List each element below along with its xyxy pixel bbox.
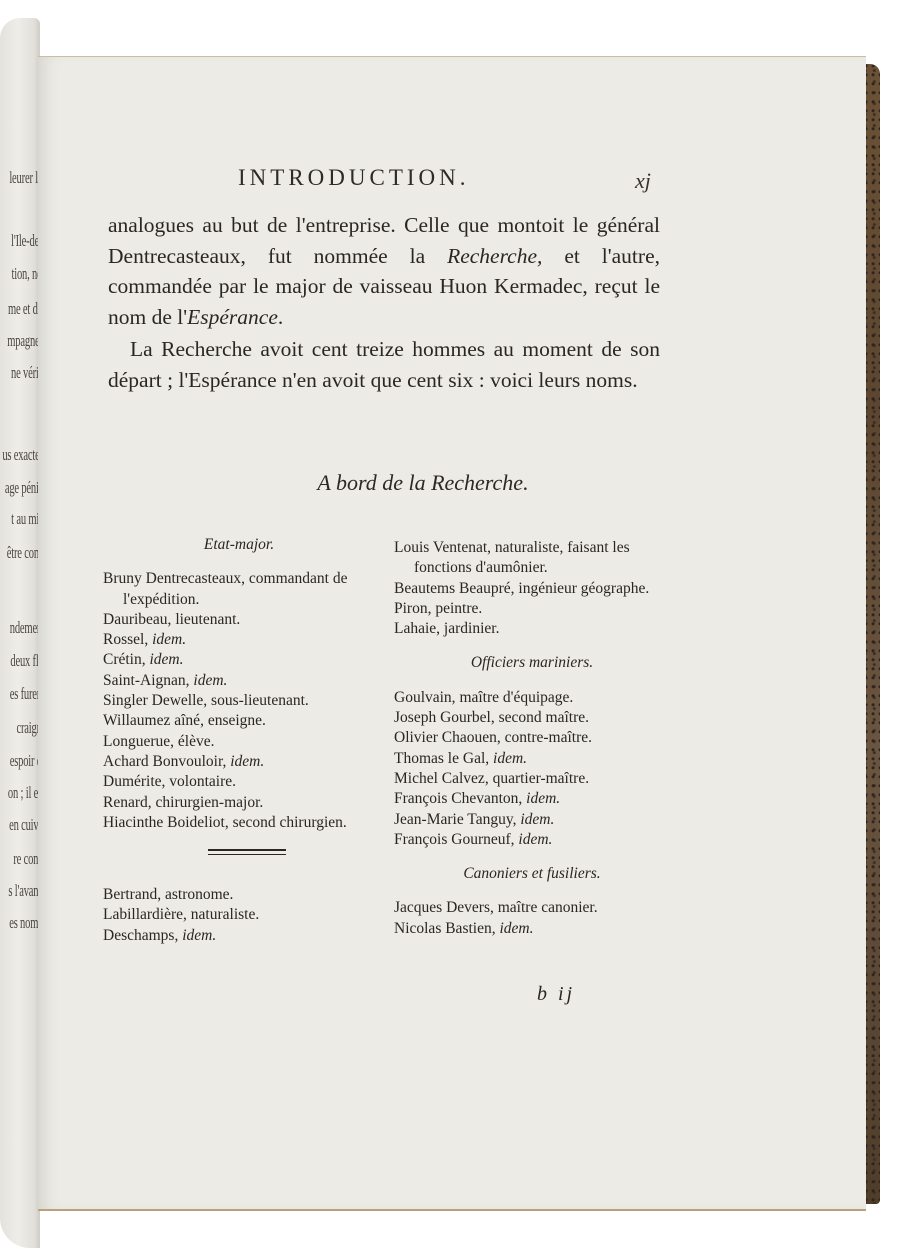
right-column: Louis Ventenat, naturaliste, faisant les… — [394, 538, 670, 939]
list-item: Goulvain, maître d'équipage. — [394, 688, 670, 708]
previous-page-text-fragment: us exacte. — [2, 445, 40, 465]
list-item: Piron, peintre. — [394, 599, 670, 619]
double-rule-divider — [208, 849, 286, 855]
list-item: François Chevanton, idem. — [394, 789, 670, 809]
list-item: Dumérite, volontaire. — [103, 772, 375, 792]
previous-page-text-fragment: me et de — [8, 299, 40, 319]
list-item: Longuerue, élève. — [103, 732, 375, 752]
previous-page-text-fragment: être con- — [7, 543, 40, 563]
previous-page-text-fragment: en cuivr — [9, 815, 40, 835]
list-item: Willaumez aîné, enseigne. — [103, 711, 375, 731]
officiers-list: Goulvain, maître d'équipage.Joseph Gourb… — [394, 688, 670, 850]
list-item: François Gourneuf, idem. — [394, 830, 670, 850]
heading-officiers-mariniers: Officiers mariniers. — [394, 653, 670, 673]
etat-major-list: Bruny Dentrecasteaux, commandant de l'ex… — [103, 569, 375, 833]
previous-page-text-fragment: craign — [17, 718, 40, 738]
list-item: Joseph Gourbel, second maître. — [394, 708, 670, 728]
signature-mark: b ij — [537, 983, 575, 1006]
previous-page-text-fragment: es furen — [10, 684, 40, 704]
previous-page-text-fragment: deux fl- — [10, 651, 40, 671]
previous-page-edge: leurer lal'Ile-de-tion, neme et dempagne… — [0, 18, 40, 1248]
list-item: Bertrand, astronome. — [103, 885, 375, 905]
previous-page-text-fragment: ndemen — [10, 618, 40, 638]
list-item: Dauribeau, lieutenant. — [103, 610, 375, 630]
running-head: INTRODUCTION. — [238, 165, 470, 191]
section-title: A bord de la Recherche. — [0, 470, 921, 496]
list-item: Renard, chirurgien-major. — [103, 793, 375, 813]
previous-page-text-fragment: s l'avan- — [9, 881, 40, 901]
previous-page-text-fragment: es noms — [9, 913, 40, 933]
list-item: Michel Calvez, quartier-maître. — [394, 769, 670, 789]
list-item: Olivier Chaouen, contre-maître. — [394, 728, 670, 748]
page-number: xj — [635, 168, 651, 194]
list-item: Jacques Devers, maître canonier. — [394, 898, 670, 918]
list-item: Louis Ventenat, naturaliste, faisant les… — [394, 538, 670, 579]
list-item: Crétin, idem. — [103, 650, 375, 670]
previous-page-text-fragment: on ; il es — [8, 783, 40, 803]
list-item: Jean-Marie Tanguy, idem. — [394, 810, 670, 830]
paragraph: La Recherche avoit cent treize hommes au… — [108, 334, 660, 395]
list-item: Achard Bonvouloir, idem. — [103, 752, 375, 772]
previous-page-text-fragment: ne véri- — [11, 363, 40, 383]
previous-page-text-fragment: tion, ne — [12, 264, 40, 284]
staff-list: Louis Ventenat, naturaliste, faisant les… — [394, 538, 670, 639]
previous-page-text-fragment: l'Ile-de- — [11, 231, 40, 251]
list-item: Hiacinthe Boideliot, second chirurgien. — [103, 813, 375, 833]
previous-page-text-fragment: re con- — [14, 849, 40, 869]
list-item: Deschamps, idem. — [103, 926, 375, 946]
previous-page-text-fragment: espoir d — [10, 751, 40, 771]
list-item: Lahaie, jardinier. — [394, 619, 670, 639]
list-item: Rossel, idem. — [103, 630, 375, 650]
heading-canoniers: Canoniers et fusiliers. — [394, 864, 670, 884]
scientists-list: Bertrand, astronome.Labillardière, natur… — [103, 885, 375, 946]
list-item: Bruny Dentrecasteaux, commandant de l'ex… — [103, 569, 375, 610]
body-text: analogues au but de l'entreprise. Celle … — [108, 210, 660, 395]
left-column: Etat-major. Bruny Dentrecasteaux, comman… — [103, 535, 375, 946]
previous-page-text-fragment: t au mi- — [11, 509, 40, 529]
list-item: Labillardière, naturaliste. — [103, 905, 375, 925]
previous-page-text-fragment: mpagne. — [7, 331, 40, 351]
canoniers-list: Jacques Devers, maître canonier.Nicolas … — [394, 898, 670, 939]
list-item: Singler Dewelle, sous-lieutenant. — [103, 691, 375, 711]
paragraph: analogues au but de l'entreprise. Celle … — [108, 210, 660, 332]
list-item: Thomas le Gal, idem. — [394, 749, 670, 769]
heading-etat-major: Etat-major. — [103, 535, 375, 555]
list-item: Saint-Aignan, idem. — [103, 671, 375, 691]
list-item: Nicolas Bastien, idem. — [394, 919, 670, 939]
list-item: Beautems Beaupré, ingénieur géographe. — [394, 579, 670, 599]
previous-page-text-fragment: leurer la — [9, 168, 40, 188]
